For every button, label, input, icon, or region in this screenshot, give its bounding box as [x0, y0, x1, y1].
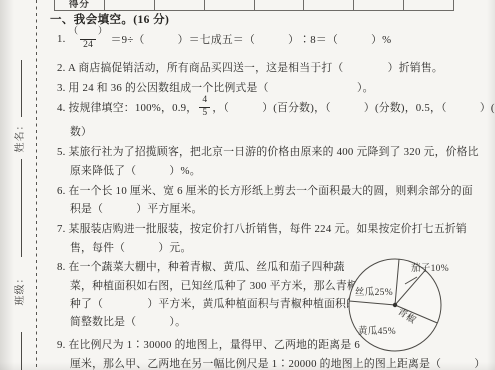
question-1-fraction: （ ） 24 [68, 28, 109, 50]
scan-shadow-left [0, 0, 14, 370]
question-1: 1. （ ） 24 ＝9÷（ ）＝七成五＝（ ）∶8＝（ ）% [57, 27, 391, 51]
fraction-numerator: （ ） [68, 28, 109, 39]
question-7-line-1: 7. 某服装店购进一批服装，按定价打八折销售，每件 224 元。如果按定价打七五… [57, 221, 467, 236]
scan-shadow-right [487, 0, 495, 370]
question-8-line-2: 菜，种植面积如右图，已知丝瓜种了 300 平方米，那么青椒 [70, 278, 358, 293]
pie-center-dot [393, 303, 397, 307]
question-2: 2. A 商店搞促销活动，所有商品买四送一，这是相当于打（ ）折销售。 [57, 60, 443, 75]
fraction-numerator: 4 [201, 96, 208, 107]
fraction-denominator: 24 [80, 39, 96, 51]
question-1-text: ＝9÷（ ）＝七成五＝（ ）∶8＝（ ）% [111, 32, 392, 47]
name-blank-line [21, 60, 22, 117]
question-8-line-1: 8. 在一个蔬菜大棚中，种着青椒、黄瓜、丝瓜和茄子四种蔬 [57, 259, 345, 274]
class-label: 班级： [14, 268, 28, 310]
question-6-line-1: 6. 在一个长 10 厘米、宽 6 厘米的长方形纸上剪去一个面积最大的圆，则剩余… [57, 183, 473, 198]
score-table-cell [304, 0, 354, 10]
name-label: 姓名： [14, 115, 28, 157]
pie-label-loofah: 丝瓜25% [355, 286, 393, 298]
score-table-cell [205, 0, 255, 10]
binding-dashed-line [36, 0, 37, 370]
exam-page: 得分 姓名： 班级： 一、我会填空。(16 分) 1. （ ） 24 ＝9÷（ … [0, 0, 495, 370]
question-7-line-2: 售，每件（ ）元。 [70, 240, 192, 255]
question-8-line-3: 种了（ ）平方米，黄瓜种植面积与青椒种植面积的最 [70, 296, 368, 311]
extra-blank-line [21, 332, 22, 370]
question-5-line-1: 5. 某旅行社为了招揽顾客，把北京一日游的价格由原来的 400 元降到了 320… [57, 144, 479, 159]
question-3: 3. 用 24 和 36 的公因数组成一个比例式是（ ）。 [57, 80, 374, 95]
score-table-cell [105, 0, 155, 10]
question-9-line-1: 9. 在比例尺为 1∶30000 的地图上，量得甲、乙两地的距离是 6 [57, 337, 360, 352]
section-heading: 一、我会填空。(16 分) [50, 11, 169, 27]
question-4-line-2: 数） [70, 124, 92, 139]
score-table: 得分 [54, 0, 454, 11]
class-blank-line [21, 159, 22, 257]
score-table-label-cell: 得分 [55, 0, 105, 10]
fraction-denominator: 5 [199, 107, 210, 119]
vegetable-area-pie-chart: 茄子10% 丝瓜25% 青椒 黄瓜45% [347, 253, 463, 365]
question-4-fraction: 4 5 [199, 96, 210, 118]
question-1-number: 1. [57, 33, 66, 45]
question-5-line-2: 原来降低了（ ）%。 [70, 163, 201, 178]
pie-label-cucumber: 黄瓜45% [358, 325, 396, 337]
question-4-lead: 4. 按规律填空：100%，0.9， [57, 100, 197, 115]
question-6-line-2: 积是（ ）平方厘米。 [70, 201, 203, 216]
score-table-cell [354, 0, 404, 10]
question-4-text: ，（ ）(百分数)，（ ）(分数)，0.5，（ ）(成 [212, 100, 495, 115]
pie-label-eggplant: 茄子10% [411, 262, 449, 274]
question-8-line-4: 简整数比是（ ）。 [70, 314, 186, 329]
question-4-line-1: 4. 按规律填空：100%，0.9， 4 5 ，（ ）(百分数)，（ ）(分数)… [57, 95, 495, 119]
score-table-cell [255, 0, 305, 10]
score-table-cell [404, 0, 453, 10]
score-table-cell [155, 0, 205, 10]
